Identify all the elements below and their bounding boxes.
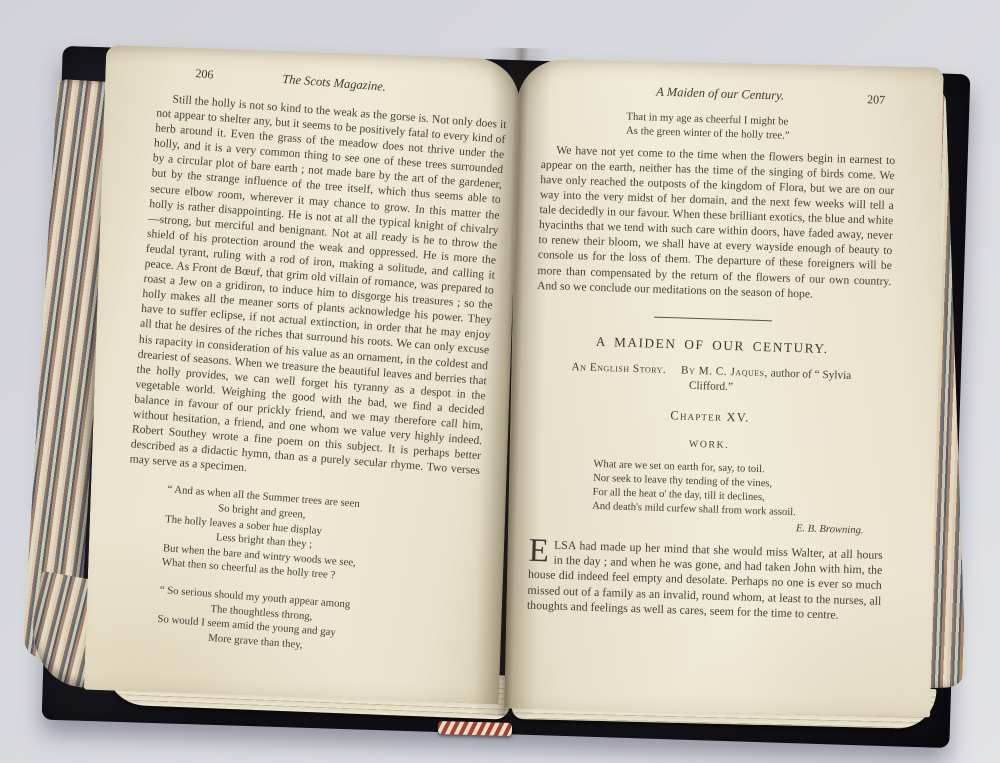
right-body-paragraph: We have not yet come to the time when th… <box>537 142 896 304</box>
opening-paragraph-text: LSA had made up her mind that she would … <box>527 537 883 622</box>
byline-story: An English Story. <box>571 361 666 376</box>
left-body-paragraph: Still the holly is not so kind to the we… <box>129 90 507 493</box>
carryover-quote: That in my age as cheerful I might be As… <box>626 110 897 147</box>
right-page-number: 207 <box>867 92 885 108</box>
left-page-number: 206 <box>195 66 214 82</box>
opening-paragraph: ELSA had made up her mind that she would… <box>527 536 883 624</box>
right-running-header-row: A Maiden of our Century. 207 <box>543 81 898 114</box>
endband-stripes <box>438 721 512 736</box>
poem-stanza-2: “ So serious should my youth appear amon… <box>156 583 470 665</box>
epigraph: What are we set on earth for, say, to to… <box>592 458 886 524</box>
section-heading: WORK. <box>532 434 886 456</box>
poem-stanza-1: “ And as when all the Summer trees are s… <box>161 483 477 594</box>
section-divider <box>654 316 772 321</box>
photo-scene: 206 The Scots Magazine. Still the holly … <box>0 0 1000 763</box>
drop-cap: E <box>528 536 554 565</box>
left-page: 206 The Scots Magazine. Still the holly … <box>84 45 521 704</box>
right-page: A Maiden of our Century. 207 That in my … <box>504 59 944 718</box>
right-running-header: A Maiden of our Century. <box>543 81 897 107</box>
article-title: A MAIDEN OF OUR CENTURY. <box>535 332 889 359</box>
byline: An English Story. By M. C. Jaques, autho… <box>534 359 889 400</box>
chapter-heading: Chapter XV. <box>533 404 887 430</box>
right-page-text-block: A Maiden of our Century. 207 That in my … <box>527 81 898 624</box>
byline-author-name: By M. C. Jaques, <box>681 364 768 379</box>
left-page-text-block: 206 The Scots Magazine. Still the holly … <box>116 62 509 664</box>
